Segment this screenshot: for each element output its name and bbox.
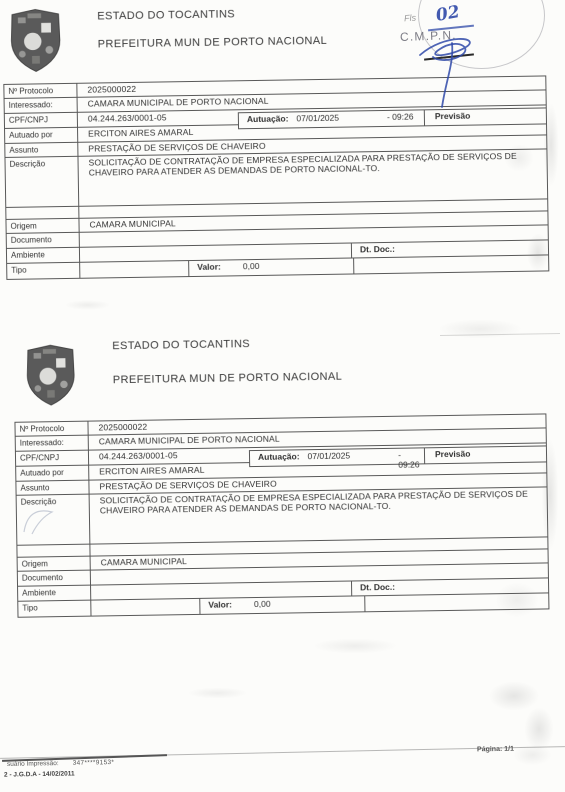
pencil-mark xyxy=(18,498,63,538)
documento-label: Documento xyxy=(7,233,80,248)
protocolo-label: Nº Protocolo xyxy=(15,422,88,436)
autuado-por-label: Autuado por xyxy=(5,128,78,143)
descricao-value: SOLICITAÇÃO DE CONTRATAÇÃO DE EMPRESA ES… xyxy=(90,487,548,543)
autuacao-label: Autuação: xyxy=(247,114,289,128)
scan-artifact xyxy=(478,675,550,717)
protocol-form-copy-2: ESTADO DO TOCANTINS PREFEITURA MUN DE PO… xyxy=(0,321,565,630)
autuacao-time: - 09:26 xyxy=(398,450,424,463)
protocolo-label: Nº Protocolo xyxy=(4,84,77,98)
autuado-por-label: Autuado por xyxy=(16,466,89,481)
previsao-label: Previsão xyxy=(424,446,546,463)
valor-label: Valor: xyxy=(208,600,232,613)
scan-artifact xyxy=(505,740,560,770)
autuacao-cell: Autuação: 07/01/2025 - 09:26 xyxy=(239,110,424,128)
cpf-cnpj-label: CPF/CNPJ xyxy=(16,451,89,466)
state-title: ESTADO DO TOCANTINS xyxy=(112,338,250,352)
assunto-label: Assunto xyxy=(5,143,78,157)
protocol-table: Nº Protocolo 2025000022 Interessado: CAM… xyxy=(14,413,549,617)
valor-cell: Valor: 0,00 xyxy=(189,258,354,276)
cpf-cnpj-label: CPF/CNPJ xyxy=(5,113,78,128)
state-title: ESTADO DO TOCANTINS xyxy=(97,8,235,22)
handwritten-signature xyxy=(400,25,500,115)
municipality-title: PREFEITURA MUN DE PORTO NACIONAL xyxy=(98,35,328,51)
assunto-label: Assunto xyxy=(16,481,89,495)
interessado-label: Interessado: xyxy=(16,436,89,451)
autuacao-date: 07/01/2025 xyxy=(308,452,351,466)
print-user-label: suário Impressão: xyxy=(7,760,59,768)
valor-value: 0,00 xyxy=(254,600,271,613)
autuacao-cell: Autuação: 07/01/2025 - 09:26 xyxy=(250,448,424,466)
descricao-value: SOLICITAÇÃO DE CONTRATAÇÃO DE EMPRESA ES… xyxy=(78,149,547,205)
tipo-value xyxy=(80,261,189,278)
scanned-document-page: ESTADO DO TOCANTINS PREFEITURA MUN DE PO… xyxy=(0,0,565,792)
municipality-title: PREFEITURA MUN DE PORTO NACIONAL xyxy=(113,371,343,387)
scan-artifact xyxy=(175,685,260,701)
valor-label: Valor: xyxy=(197,263,221,276)
interessado-label: Interessado: xyxy=(5,98,78,113)
tipo-label: Tipo xyxy=(18,601,91,617)
origem-label: Origem xyxy=(6,219,79,233)
tipo-value xyxy=(91,599,200,616)
row-descricao: Descrição SOLICITAÇÃO DE CONTRATAÇÃO DE … xyxy=(17,487,548,545)
autuacao-label: Autuação: xyxy=(258,452,300,466)
system-version-line: 2 - J.G.D.A - 14/02/2011 xyxy=(4,770,75,778)
descricao-label: Descrição xyxy=(5,157,79,207)
row-descricao: Descrição SOLICITAÇÃO DE CONTRATAÇÃO DE … xyxy=(5,149,547,207)
scan-artifact xyxy=(295,635,415,657)
valor-cell: Valor: 0,00 xyxy=(200,596,365,614)
municipal-crest-icon xyxy=(6,7,65,74)
tipo-label: Tipo xyxy=(7,263,80,279)
print-user-line: suário Impressão:347****9153* xyxy=(7,759,114,768)
page-indicator: Página: 1/1 xyxy=(477,746,514,754)
ambiente-label: Ambiente xyxy=(7,248,80,263)
ambiente-label: Ambiente xyxy=(18,586,91,601)
handwritten-page-number: 02 xyxy=(434,2,461,26)
autuacao-date: 07/01/2025 xyxy=(296,114,339,128)
documento-label: Documento xyxy=(18,571,91,586)
print-user-code: 347****9153* xyxy=(73,759,115,767)
origem-label: Origem xyxy=(18,557,91,571)
municipal-crest-icon xyxy=(22,343,79,408)
scan-artifact xyxy=(518,698,560,760)
stamp-fls-label: Fls xyxy=(404,13,417,24)
valor-value: 0,00 xyxy=(243,262,260,275)
